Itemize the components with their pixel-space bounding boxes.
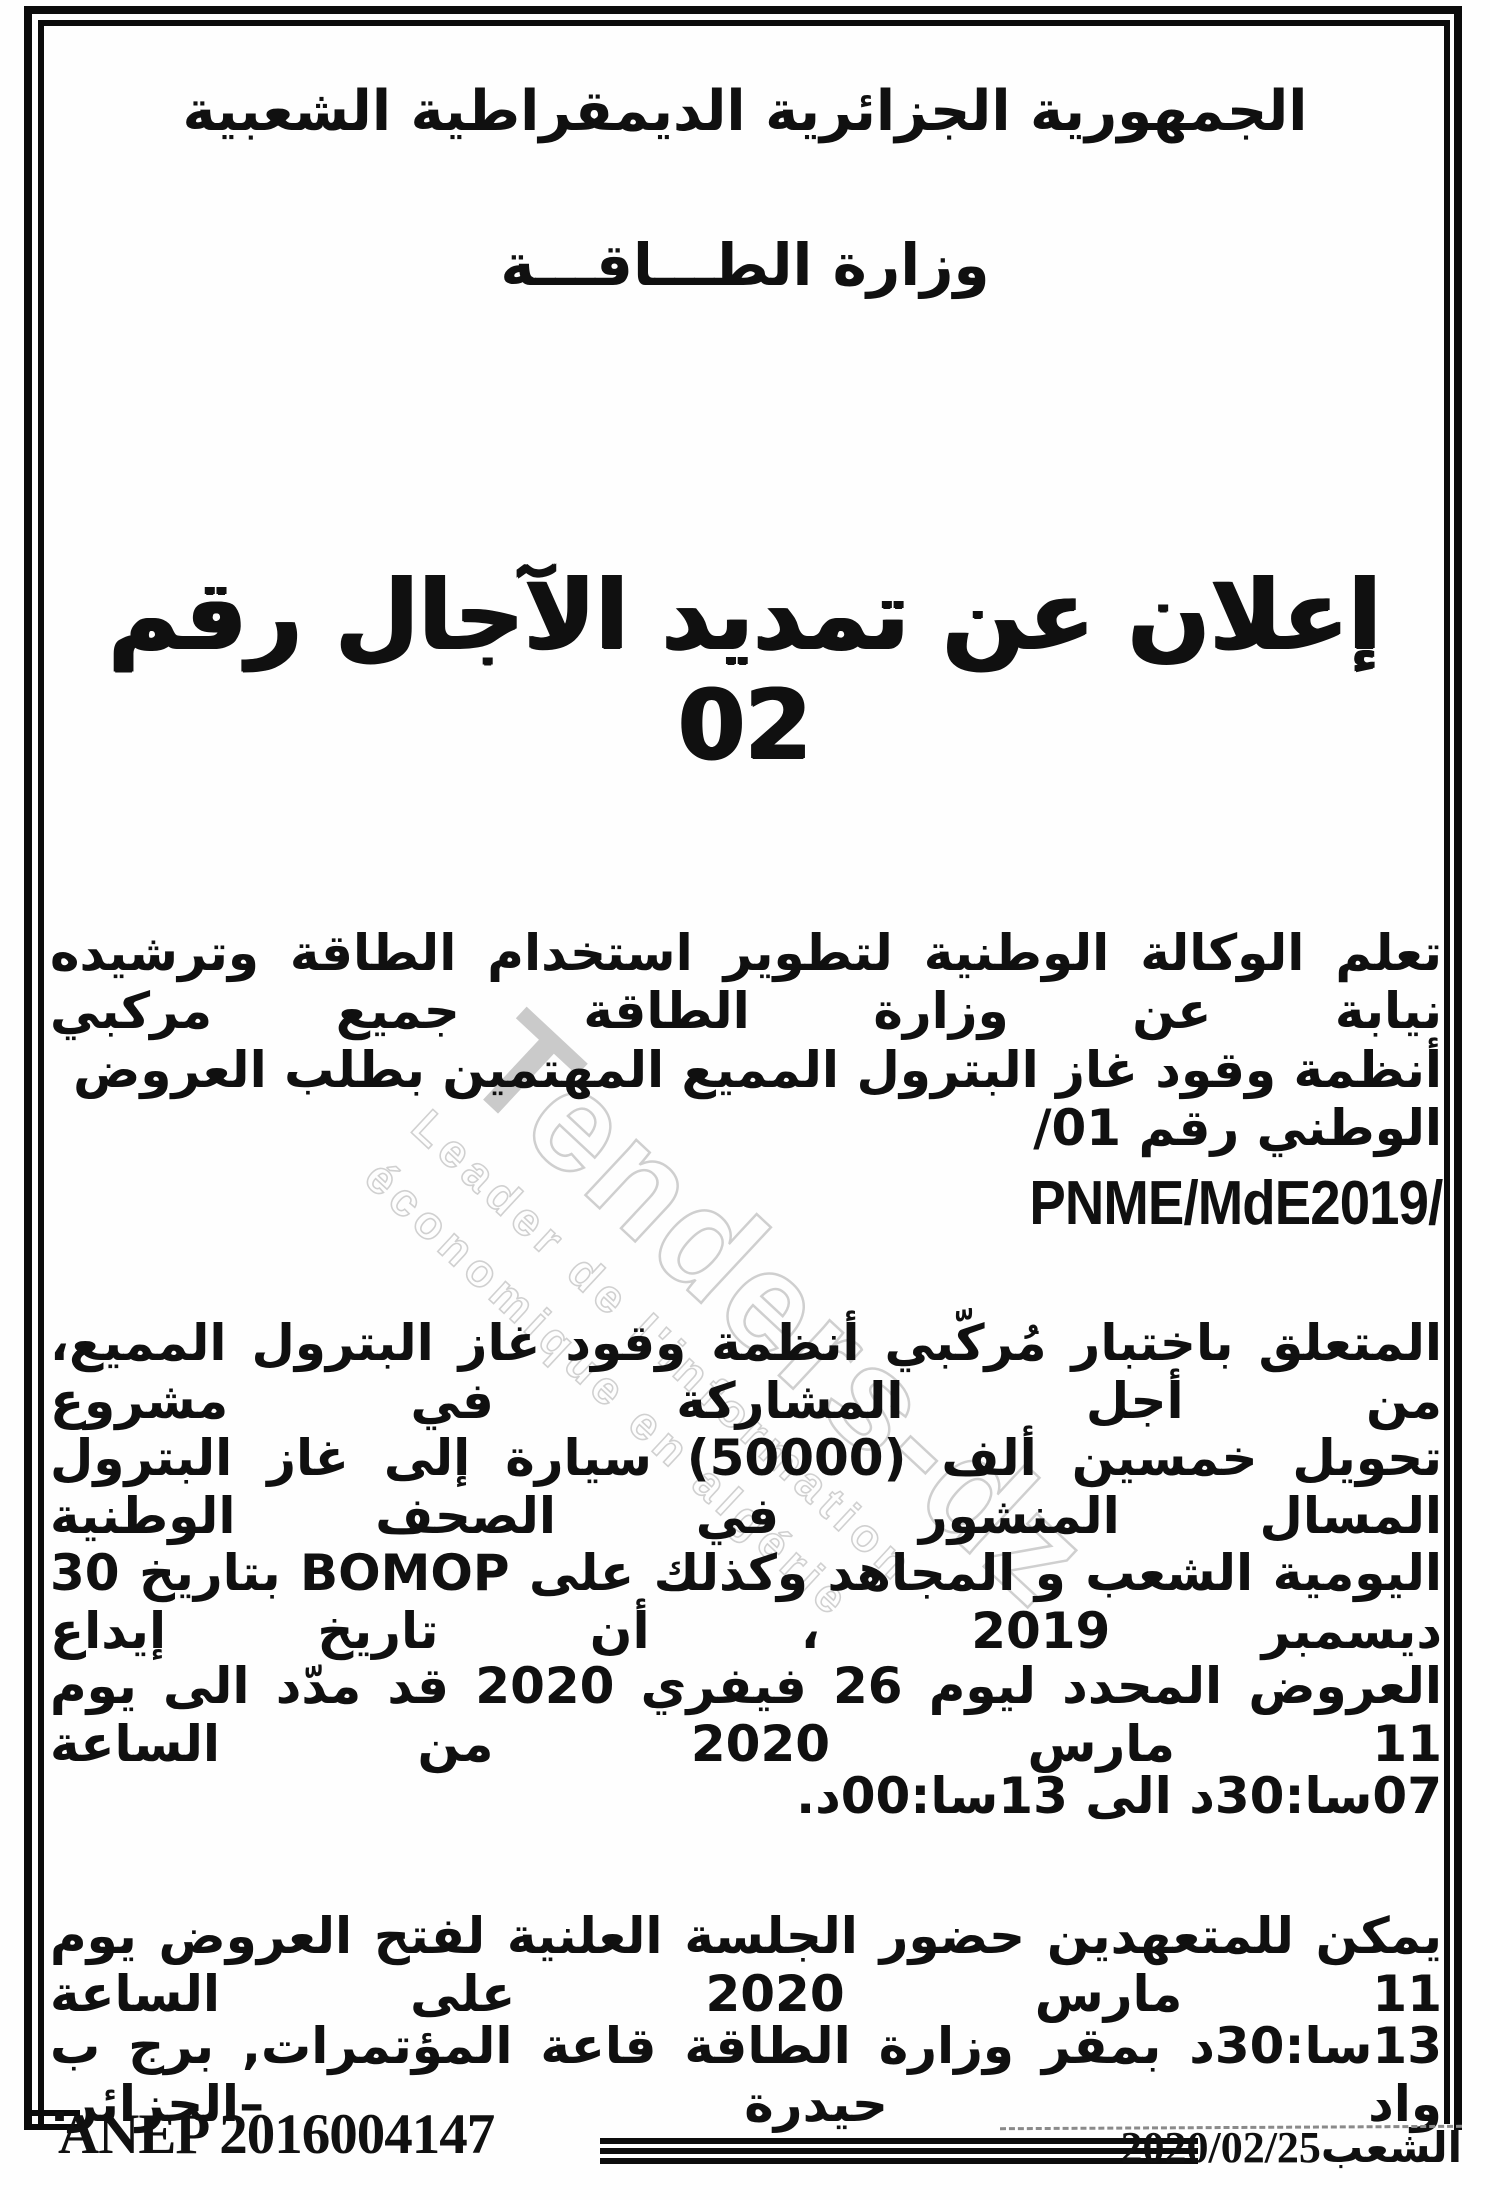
separator-bar	[600, 2148, 1198, 2154]
body-line-5-hours: 07سا:30د الى 13سا:00د.	[50, 1768, 1442, 1826]
separator-bar	[600, 2138, 1198, 2144]
notice-title: إعلان عن تمديد الآجال رقم 02	[50, 560, 1440, 781]
body-line-4: العروض المحدد ليوم 26 فيفري 2020 قد مدّد…	[50, 1658, 1442, 1773]
body-line-1: المتعلق باختبار مُركّبي أنظمة وقود غاز ا…	[50, 1315, 1442, 1430]
country-header: الجمهورية الجزائرية الديمقراطية الشعبية	[50, 80, 1440, 144]
separator-bar	[600, 2158, 1198, 2164]
scanned-tender-notice: Tenders-dz Leader de l'information écono…	[0, 0, 1490, 2200]
body-line-3: اليومية الشعب و المجاهد وكذلك على BOMOP …	[50, 1545, 1442, 1660]
closing-line-1: يمكن للمتعهدين حضور الجلسة العلنية لفتح …	[50, 1908, 1442, 2023]
ministry-name: وزارة الطـــاقـــة	[50, 232, 1440, 299]
intro-line-2: أنظمة وقود غاز البترول المميع المهتمين ب…	[50, 1042, 1442, 1157]
newspaper-name: الشعب	[1321, 2123, 1462, 2172]
newspaper-issue: الشعب2020/02/25	[1150, 2122, 1462, 2173]
body-line-2: تحويل خمسين ألف (50000) سيارة إلى غاز ال…	[50, 1430, 1442, 1545]
footer-separator-lines	[600, 2138, 1198, 2168]
tender-reference-code: PNME/MdE2019/	[1029, 1168, 1442, 1239]
tender-reference: PNME/MdE2019/	[50, 1168, 1442, 1239]
intro-line-1: تعلم الوكالة الوطنية لتطوير استخدام الطا…	[50, 925, 1442, 1040]
issue-date: 2020/02/25	[1120, 2123, 1320, 2172]
anep-reference: ANEP 2016004147	[58, 2102, 494, 2167]
